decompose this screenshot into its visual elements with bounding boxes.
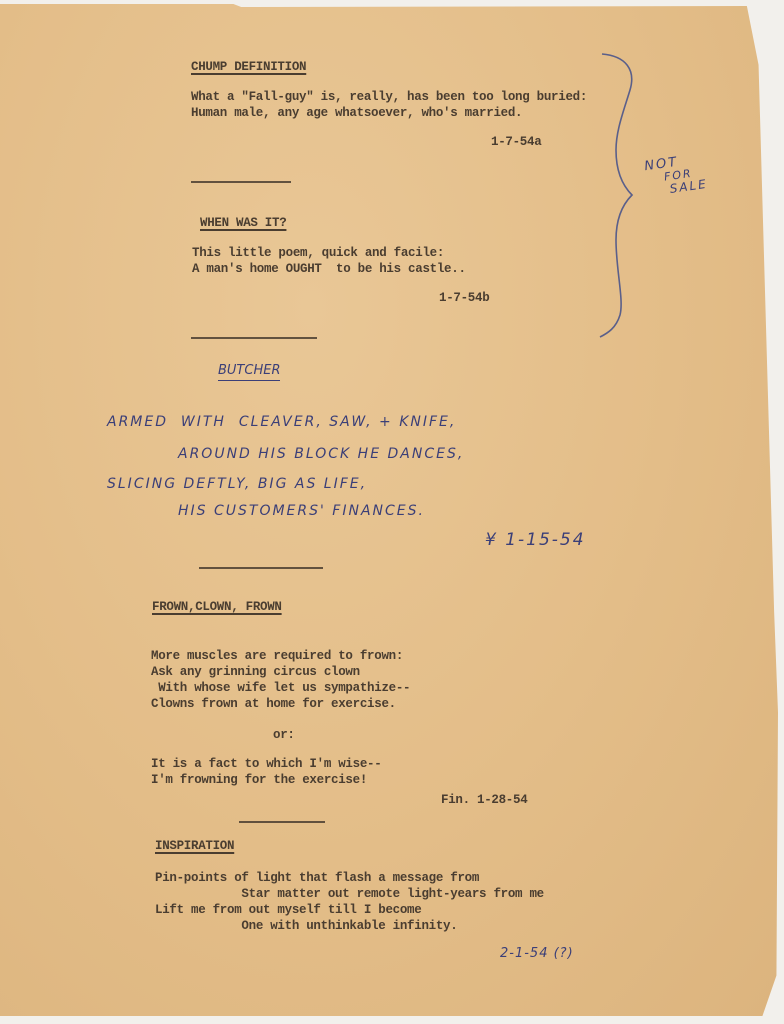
poem-line: With whose wife let us sympathize-- — [151, 680, 410, 696]
curly-brace-mark — [596, 50, 636, 340]
poem-date: 1-7-54a — [491, 134, 541, 150]
poem-line: Star matter out remote light-years from … — [155, 886, 544, 902]
poem-line: I'm frowning for the exercise! — [151, 772, 367, 788]
poem-line: It is a fact to which I'm wise-- — [151, 756, 381, 772]
handwritten-line: ARMED WITH CLEAVER, SAW, + KNIFE, — [107, 414, 456, 430]
handwritten-line: HIS CUSTOMERS' FINANCES. — [178, 503, 425, 519]
poem-line: One with unthinkable infinity. — [155, 918, 457, 934]
poem-line: Lift me from out myself till I become — [155, 902, 421, 918]
poem-line: Human male, any age whatsoever, who's ma… — [191, 105, 522, 121]
poem-line: Pin-points of light that flash a message… — [155, 870, 479, 886]
poem-date: 1-7-54b — [439, 290, 489, 306]
poem-line: Clowns frown at home for exercise. — [151, 696, 396, 712]
section-divider — [239, 821, 325, 823]
poem-line: This little poem, quick and facile: — [192, 245, 444, 261]
poem-line: Ask any grinning circus clown — [151, 664, 360, 680]
poem-line: A man's home OUGHT to be his castle.. — [192, 261, 466, 277]
handwritten-line: AROUND HIS BLOCK HE DANCES, — [178, 446, 464, 462]
margin-note-not-for-sale: NOT FOR SALE — [644, 152, 709, 199]
section-divider — [191, 337, 317, 339]
section-divider — [199, 567, 323, 569]
poem-title-butcher: BUTCHER — [218, 363, 280, 381]
poem-line: What a "Fall-guy" is, really, has been t… — [191, 89, 587, 105]
poem-title-inspiration: INSPIRATION — [155, 838, 234, 854]
poem-date: Fin. 1-28-54 — [441, 792, 527, 808]
handwritten-line: SLICING DEFTLY, BIG AS LIFE, — [107, 476, 367, 492]
section-divider — [191, 181, 291, 183]
poem-title-frown-clown-frown: FROWN,CLOWN, FROWN — [152, 599, 282, 615]
poem-title-when-was-it: WHEN WAS IT? — [200, 215, 286, 231]
poem-line: More muscles are required to frown: — [151, 648, 403, 664]
poem-separator: or: — [273, 727, 295, 743]
poem-title-chump-definition: CHUMP DEFINITION — [191, 59, 306, 75]
handwritten-date: 2-1-54 (?) — [500, 946, 574, 961]
handwritten-date: ¥ 1-15-54 — [485, 530, 586, 550]
